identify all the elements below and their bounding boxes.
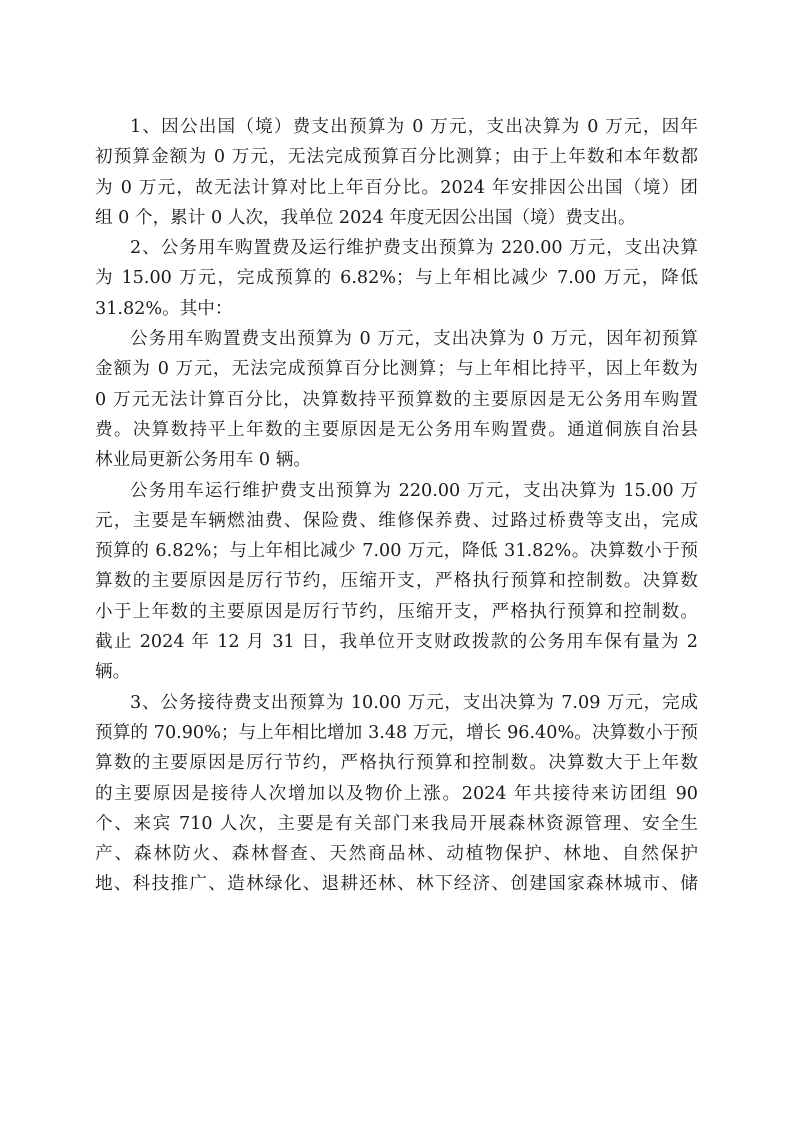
text-line: 算数的主要原因是厉行节约，压缩开支，严格执行预算和控制数。决算数 (95, 566, 698, 596)
text-line: 地、科技推广、造林绿化、退耕还林、林下经济、创建国家森林城市、储 (95, 869, 698, 899)
text-line: 2、公务用车购置费及运行维护费支出预算为 220.00 万元，支出决算 (95, 233, 698, 263)
paragraph-vehicle-operation: 公务用车运行维护费支出预算为 220.00 万元，支出决算为 15.00 万 元… (95, 476, 698, 688)
text-line: 公务用车购置费支出预算为 0 万元，支出决算为 0 万元，因年初预算 (95, 324, 698, 354)
text-line: 1、因公出国（境）费支出预算为 0 万元，支出决算为 0 万元，因年 (95, 112, 698, 142)
paragraph-vehicle-total: 2、公务用车购置费及运行维护费支出预算为 220.00 万元，支出决算 为 15… (95, 233, 698, 324)
paragraph-vehicle-purchase: 公务用车购置费支出预算为 0 万元，支出决算为 0 万元，因年初预算 金额为 0… (95, 324, 698, 475)
text-line: 3、公务接待费支出预算为 10.00 万元，支出决算为 7.09 万元，完成 (95, 688, 698, 718)
text-line: 产、森林防火、森林督查、天然商品林、动植物保护、林地、自然保护 (95, 839, 698, 869)
text-line: 公务用车运行维护费支出预算为 220.00 万元，支出决算为 15.00 万 (95, 476, 698, 506)
text-line: 金额为 0 万元，无法完成预算百分比测算；与上年相比持平，因上年数为 (95, 354, 698, 384)
document-page: 1、因公出国（境）费支出预算为 0 万元，支出决算为 0 万元，因年 初预算金额… (95, 112, 698, 900)
text-line: 元，主要是车辆燃油费、保险费、维修保养费、过路过桥费等支出，完成 (95, 506, 698, 536)
text-line: 31.82%。其中： (95, 294, 698, 324)
text-line: 为 0 万元，故无法计算对比上年百分比。2024 年安排因公出国（境）团 (95, 173, 698, 203)
text-line: 预算的 6.82%；与上年相比减少 7.00 万元，降低 31.82%。决算数小… (95, 536, 698, 566)
text-line: 截止 2024 年 12 月 31 日，我单位开支财政拨款的公务用车保有量为 2 (95, 627, 698, 657)
text-line: 费。决算数持平上年数的主要原因是无公务用车购置费。通道侗族自治县 (95, 415, 698, 445)
text-line: 预算的 70.90%；与上年相比增加 3.48 万元，增长 96.40%。决算数… (95, 718, 698, 748)
text-line: 0 万元无法计算百分比，决算数持平预算数的主要原因是无公务用车购置 (95, 385, 698, 415)
text-line: 组 0 个，累计 0 人次，我单位 2024 年度无因公出国（境）费支出。 (95, 203, 698, 233)
text-line: 算数的主要原因是厉行节约，严格执行预算和控制数。决算数大于上年数 (95, 748, 698, 778)
text-line: 林业局更新公务用车 0 辆。 (95, 445, 698, 475)
text-line: 的主要原因是接待人次增加以及物价上涨。2024 年共接待来访团组 90 (95, 779, 698, 809)
text-line: 辆。 (95, 657, 698, 687)
text-line: 个、来宾 710 人次，主要是有关部门来我局开展森林资源管理、安全生 (95, 809, 698, 839)
text-line: 为 15.00 万元，完成预算的 6.82%；与上年相比减少 7.00 万元，降… (95, 263, 698, 293)
text-line: 小于上年数的主要原因是厉行节约，压缩开支，严格执行预算和控制数。 (95, 597, 698, 627)
paragraph-overseas-travel: 1、因公出国（境）费支出预算为 0 万元，支出决算为 0 万元，因年 初预算金额… (95, 112, 698, 233)
text-line: 初预算金额为 0 万元，无法完成预算百分比测算；由于上年数和本年数都 (95, 142, 698, 172)
paragraph-official-reception: 3、公务接待费支出预算为 10.00 万元，支出决算为 7.09 万元，完成 预… (95, 688, 698, 900)
